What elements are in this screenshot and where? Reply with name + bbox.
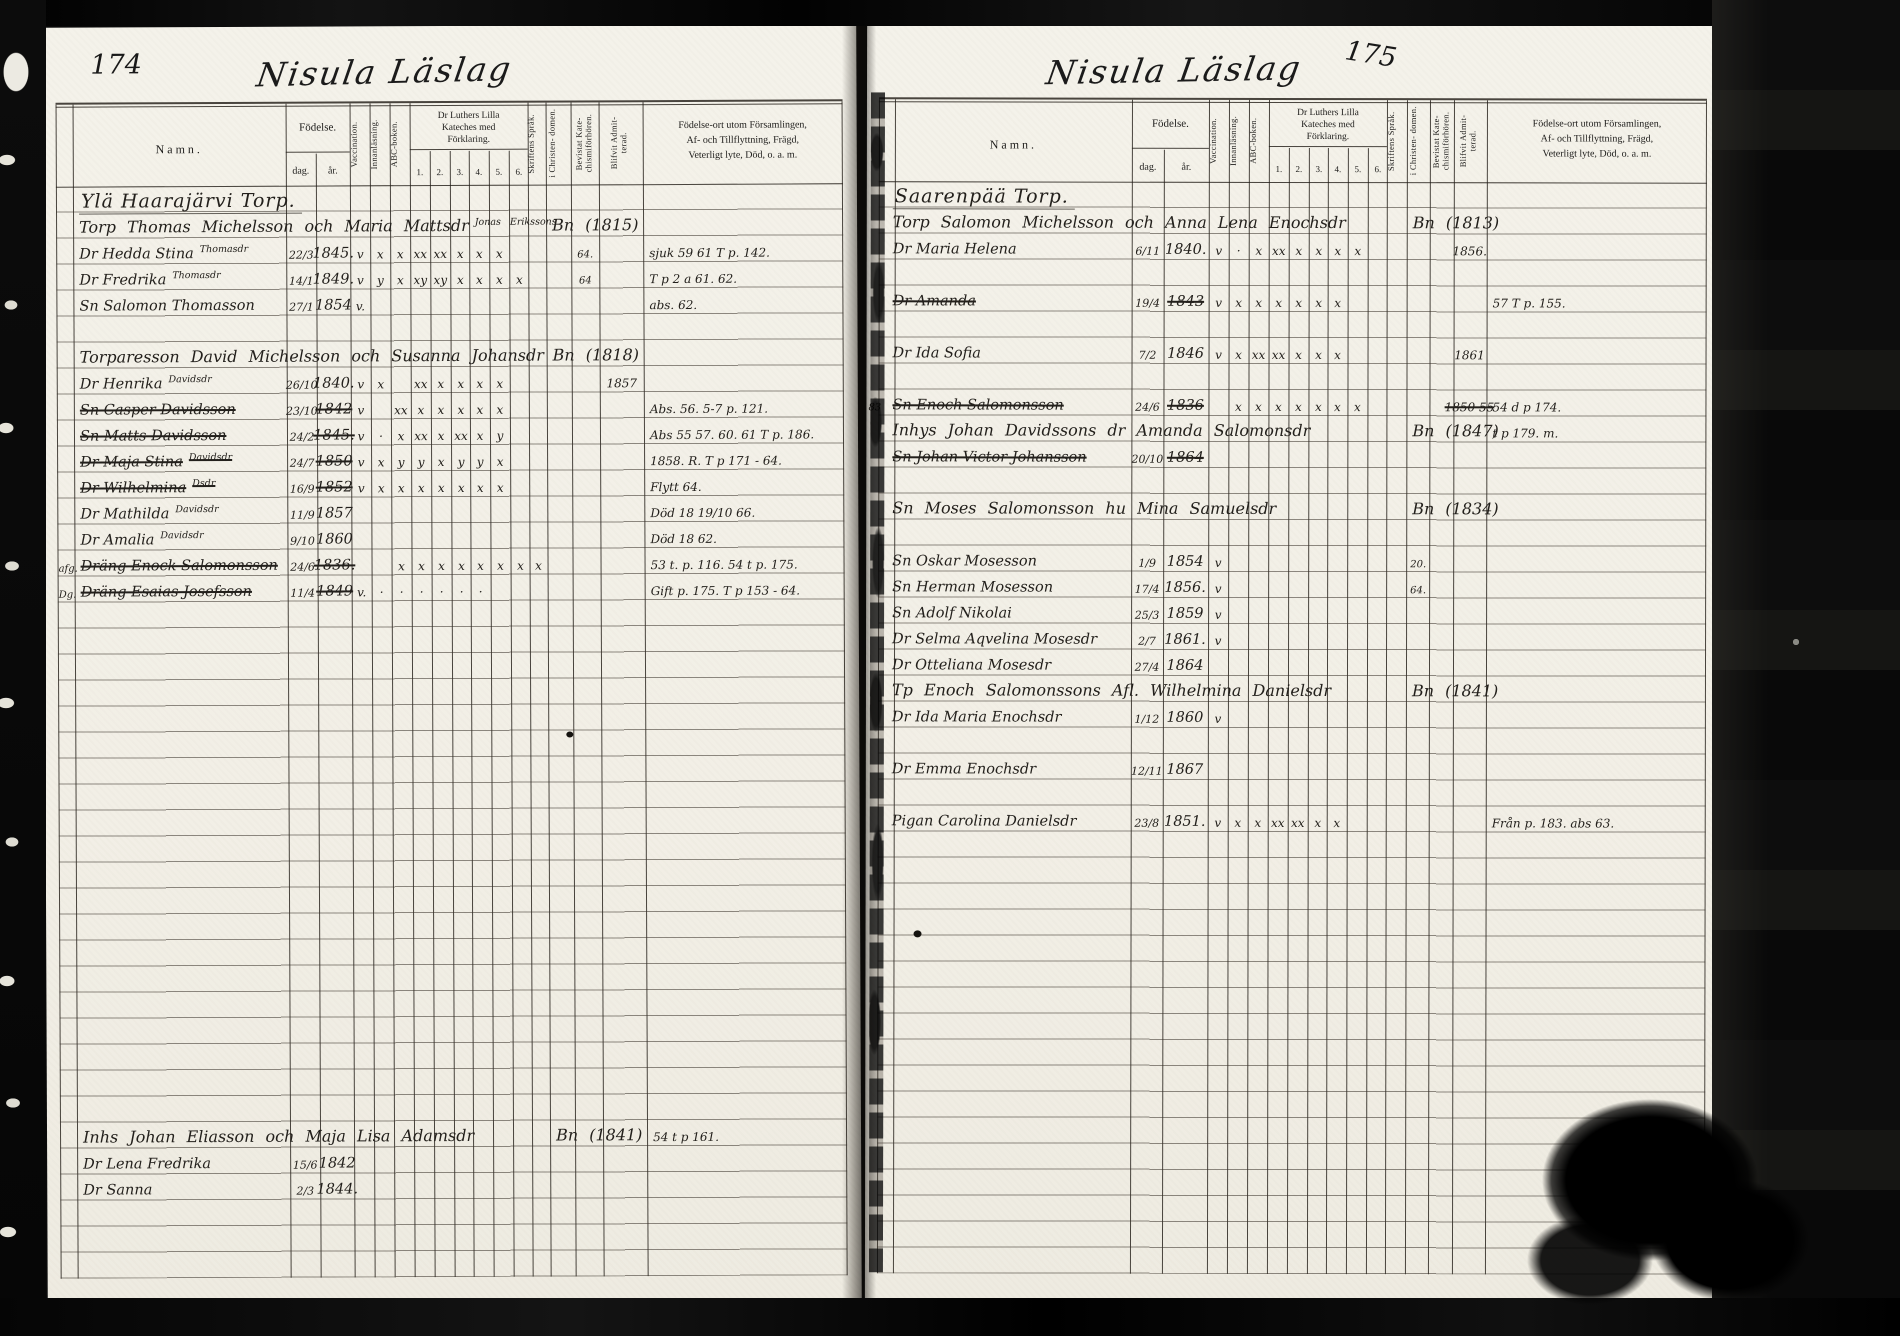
reading-mark: · bbox=[479, 585, 483, 599]
birth-year: 1861. bbox=[1164, 632, 1206, 648]
reading-mark: x bbox=[397, 247, 404, 261]
reading-mark: x bbox=[516, 273, 523, 287]
col-header-kateches-number: 5. bbox=[1351, 164, 1365, 174]
col-header-kateches-number: 4. bbox=[472, 167, 486, 177]
col-header-remark: Af- och Tillflyttning, Frägd, bbox=[1487, 133, 1707, 144]
reading-mark: x bbox=[1295, 244, 1302, 258]
reading-mark: x bbox=[1354, 244, 1361, 258]
col-header-kateches: Dr Luthers Lilla bbox=[1269, 108, 1387, 118]
birth-year: 1849 bbox=[316, 583, 353, 599]
reading-mark: v bbox=[357, 247, 364, 261]
entry-name: Sn Matts Davidsson bbox=[80, 428, 226, 445]
reading-mark: x bbox=[458, 481, 465, 495]
reading-mark: v bbox=[1215, 712, 1222, 726]
book-gutter-shadow bbox=[842, 20, 878, 1310]
table-row: Torp Salomon Michelsson och Anna Lena En… bbox=[867, 207, 1721, 234]
reading-mark: · bbox=[380, 585, 384, 599]
reading-mark: xx bbox=[454, 429, 468, 443]
col-header-kateches: Dr Luthers Lilla bbox=[410, 111, 528, 122]
reading-mark: x bbox=[457, 247, 464, 261]
reading-mark: x bbox=[438, 429, 445, 443]
col-header-kateches-number: 3. bbox=[453, 167, 467, 177]
birth-year: 1851. bbox=[1164, 814, 1206, 830]
birth-day: 24/2 bbox=[290, 431, 315, 444]
remark-note: Död 18 62. bbox=[650, 532, 717, 546]
family-entry-name: Tp Enoch Salomonssons Afl. Wilhelmina Da… bbox=[892, 680, 1331, 700]
admitted-year: 1850 55 bbox=[1445, 400, 1495, 414]
reading-mark: x bbox=[438, 559, 445, 573]
remark-note: sjuk 59 61 T p. 142. bbox=[649, 246, 770, 261]
reading-mark: x bbox=[477, 429, 484, 443]
reading-mark: xx bbox=[1271, 816, 1285, 830]
fodelse-box-rule bbox=[286, 151, 350, 152]
birth-year: 1842 bbox=[315, 401, 352, 417]
col-header-remark: Veterligt lyte, Död, o. a. m. bbox=[1487, 148, 1707, 159]
table-row: Inhs Johan Eliasson och Maja Lisa Adamsd… bbox=[47, 1119, 861, 1149]
reading-mark: xx bbox=[413, 247, 427, 261]
reading-mark: x bbox=[457, 403, 464, 417]
reading-mark: · bbox=[440, 585, 444, 599]
table-row: Dr Emma Enochsdr12/111867 bbox=[866, 753, 1720, 780]
reading-mark: x bbox=[458, 559, 465, 573]
col-header-christendomen: i Christen- domen. bbox=[1409, 104, 1429, 178]
birth-day: 19/4 bbox=[1135, 297, 1160, 310]
reading-mark: x bbox=[535, 559, 542, 573]
reading-mark: x bbox=[1275, 400, 1282, 414]
reading-mark: · bbox=[379, 429, 383, 443]
reading-mark: v bbox=[1215, 348, 1222, 362]
birth-year: 1850 bbox=[316, 453, 353, 469]
interlinear-note: Davidsdr bbox=[189, 452, 232, 463]
reading-mark: x bbox=[1255, 400, 1262, 414]
reading-mark: x bbox=[1315, 400, 1322, 414]
entry-name: Dr Ida Sofia bbox=[893, 345, 981, 361]
reading-mark: y bbox=[497, 429, 504, 443]
birth-year: 1856. bbox=[1164, 580, 1206, 596]
entry-name: Sn Enoch Salomonsson bbox=[892, 397, 1063, 413]
reading-mark: x bbox=[397, 273, 404, 287]
reading-mark: x bbox=[476, 377, 483, 391]
reading-mark: x bbox=[476, 247, 483, 261]
birth-day: 23/10 bbox=[286, 405, 318, 418]
reading-mark: x bbox=[1254, 816, 1261, 830]
remark-note: 57 T p. 155. bbox=[1493, 296, 1566, 310]
birth-year: 1857 bbox=[316, 505, 353, 521]
table-row: Sn Johan Victor Johansson20/101864 bbox=[866, 441, 1720, 468]
birth-day: 23/8 bbox=[1134, 817, 1159, 830]
reading-mark: x bbox=[1295, 296, 1302, 310]
birth-year: 1840. bbox=[313, 375, 355, 391]
entry-name: Sn Johan Victor Johansson bbox=[892, 449, 1086, 465]
table-row: Dr FredrikaThomasdr14/11849.vyxxyxyxxxx6… bbox=[43, 261, 857, 291]
reading-mark: 64 bbox=[579, 275, 592, 286]
reading-mark: x bbox=[457, 377, 464, 391]
table-row: Dr AmaliaDavidsdr9/101860Död 18 62. bbox=[44, 521, 858, 551]
reading-mark: x bbox=[497, 559, 504, 573]
birth-day: 2/7 bbox=[1138, 635, 1156, 648]
col-header-admitterad: Blifvit Admit- terad. bbox=[1459, 104, 1481, 178]
table-row: 83Sn Enoch Salomonsson24/61836xxxxxxx185… bbox=[866, 389, 1720, 416]
table-row: Tp Enoch Salomonssons Afl. Wilhelmina Da… bbox=[866, 675, 1720, 702]
col-header-remark: Födelse-ort utom Församlingen, bbox=[643, 119, 843, 131]
col-header-kateches: Kateches med bbox=[1269, 120, 1387, 130]
reading-mark: x bbox=[496, 273, 503, 287]
entry-name: Dr WilhelminaDsdr bbox=[80, 480, 215, 497]
reading-mark: v bbox=[357, 273, 364, 287]
reading-mark: x bbox=[437, 377, 444, 391]
reading-mark: x bbox=[398, 559, 405, 573]
reading-mark: x bbox=[1234, 816, 1241, 830]
birth-year: 1836. bbox=[314, 557, 356, 573]
birth-year: 1840. bbox=[1165, 242, 1207, 258]
interlinear-note: Dsdr bbox=[192, 478, 215, 489]
fodelse-box-rule bbox=[1132, 148, 1209, 149]
birth-year: 1864 bbox=[1167, 450, 1204, 466]
scan-border-left bbox=[0, 0, 46, 1336]
table-row: Dr Amanda19/41843vxxxxxx57 T p. 155. bbox=[867, 285, 1721, 312]
entry-name: Sn Herman Mosesson bbox=[892, 579, 1053, 595]
table-row: Ylä Haarajärvi Torp. bbox=[43, 183, 857, 213]
reading-mark: v bbox=[1214, 816, 1221, 830]
reading-mark: xx bbox=[1291, 816, 1305, 830]
col-header-sprak: Skriftens Språk. bbox=[1387, 104, 1407, 178]
table-row: Dr Lena Fredrika15/61842 bbox=[47, 1145, 861, 1175]
entry-name: Dr AmaliaDavidsdr bbox=[80, 532, 203, 549]
birth-year: 1836 bbox=[1167, 398, 1204, 414]
table-row: Pigan Carolina Danielsdr23/81851.vxxxxxx… bbox=[866, 805, 1720, 832]
entry-name: Sn Adolf Nikolai bbox=[892, 605, 1012, 621]
entry-name: Dr Sanna bbox=[83, 1182, 152, 1198]
entry-status: Dg. bbox=[59, 590, 77, 601]
reading-mark: x bbox=[398, 429, 405, 443]
birth-day: 2/3 bbox=[296, 1185, 314, 1198]
birth-day: 9/10 bbox=[290, 535, 315, 548]
reading-mark: x bbox=[438, 455, 445, 469]
family-entry-name: Inhs Johan Eliasson och Maja Lisa Adamsd… bbox=[83, 1126, 474, 1147]
col-header-kateches-number: 2. bbox=[1292, 164, 1306, 174]
table-row: Dr Selma Aqvelina Mosesdr2/71861.v bbox=[866, 623, 1720, 650]
remark-note: 54 t p 161. bbox=[653, 1130, 719, 1144]
family-entry-name: Sn Moses Salomonsson hu Mina Samuelsdr bbox=[892, 498, 1276, 518]
col-header-christendomen: i Christen- domen. bbox=[548, 106, 568, 180]
reading-mark: x bbox=[1333, 816, 1340, 830]
reading-mark: x bbox=[496, 403, 503, 417]
birth-day: 11/4 bbox=[290, 587, 315, 600]
reading-mark: x bbox=[438, 481, 445, 495]
col-header-fodelse: Födelse. bbox=[1132, 118, 1209, 130]
reading-mark: 64. bbox=[1410, 585, 1426, 596]
interlinear-note: Davidsdr bbox=[175, 504, 218, 515]
col-header-kateches-number: 1. bbox=[413, 167, 427, 177]
remark-note: Flytt 64. bbox=[650, 480, 702, 494]
reading-mark: xx bbox=[414, 377, 428, 391]
entry-status: afg. bbox=[59, 564, 78, 575]
col-header-vaccination: Vaccination. bbox=[1209, 104, 1229, 178]
family-entry-name: Inhys Johan Davidssons dr Amanda Salomon… bbox=[892, 420, 1310, 440]
birth-day: 22/3 bbox=[289, 249, 314, 262]
reading-mark: xx bbox=[394, 403, 408, 417]
entry-name: Dr Lena Fredrika bbox=[83, 1156, 211, 1173]
reading-mark: x bbox=[497, 481, 504, 495]
entry-name: Dr Hedda StinaThomasdr bbox=[79, 246, 248, 263]
reading-mark: x bbox=[1354, 400, 1361, 414]
birth-day: 1/9 bbox=[1138, 557, 1156, 570]
reading-mark: v bbox=[1215, 582, 1222, 596]
admitted-year: 1857 bbox=[606, 376, 637, 390]
table-row: afg.Dräng Enock Salomonsson24/61836.xxxx… bbox=[44, 547, 858, 577]
col-header-kateches-number: 2. bbox=[433, 167, 447, 177]
scan-border-top bbox=[0, 0, 1900, 26]
col-header-kateches: Kateches med bbox=[410, 123, 528, 134]
family-marriage-year: Bn (1841) bbox=[1412, 681, 1498, 700]
kateches-box-rule bbox=[1269, 146, 1387, 147]
birth-year: 1846 bbox=[1167, 346, 1204, 362]
birth-day: 24/6 bbox=[1135, 401, 1160, 414]
remark-note: t p 179. m. bbox=[1492, 426, 1558, 440]
col-header-fodelse: Födelse. bbox=[286, 121, 350, 133]
birth-day: 11/9 bbox=[290, 509, 315, 522]
reading-mark: x bbox=[417, 403, 424, 417]
reading-mark: · bbox=[460, 585, 464, 599]
col-header-dag: dag. bbox=[286, 166, 316, 177]
entry-name: Dr FredrikaThomasdr bbox=[79, 272, 220, 289]
reading-mark: xx bbox=[414, 429, 428, 443]
reading-mark: v bbox=[358, 481, 365, 495]
entry-name: Dräng Esaias Josefsson bbox=[81, 584, 252, 601]
table-row: Dr Otteliana Mosesdr27/41864 bbox=[866, 649, 1720, 676]
entry-name: Dr Otteliana Mosesdr bbox=[892, 657, 1051, 673]
reading-mark: v bbox=[358, 429, 365, 443]
birth-year: 1849. bbox=[313, 271, 355, 287]
col-header-sprak: Skriftens Språk. bbox=[527, 107, 547, 181]
entry-name: Dr HenrikaDavidsdr bbox=[80, 376, 212, 393]
birth-day: 7/2 bbox=[1139, 349, 1157, 362]
remark-note: 53 t. p. 116. 54 t p. 175. bbox=[651, 557, 798, 572]
birth-year: 1864 bbox=[1167, 658, 1204, 674]
table-row: Sn Matts Davidsson24/21845.v·xxxxxxxyAbs… bbox=[44, 417, 858, 447]
birth-day: 27/1 bbox=[289, 301, 314, 314]
remark-note: 1858. R. T p 171 - 64. bbox=[650, 454, 782, 469]
reading-mark: xx bbox=[1252, 348, 1266, 362]
col-header-kateches-number: 1. bbox=[1272, 164, 1286, 174]
col-header-kateches-number: 3. bbox=[1312, 164, 1326, 174]
reading-mark: xy bbox=[434, 273, 448, 287]
col-header-vaccination: Vaccination. bbox=[350, 107, 370, 181]
reading-mark: x bbox=[1255, 244, 1262, 258]
birth-day: 25/3 bbox=[1135, 609, 1160, 622]
reading-mark: x bbox=[1315, 244, 1322, 258]
table-row: Sn Adolf Nikolai25/31859v bbox=[866, 597, 1720, 624]
entry-name: Sn Salomon Thomasson bbox=[79, 298, 254, 315]
family-marriage-year: Bn (1815) bbox=[552, 215, 638, 234]
table-row: Sn Herman Mosesson17/41856.v64. bbox=[866, 571, 1720, 598]
remark-note: 54 d p 174. bbox=[1492, 400, 1561, 414]
reading-mark: v bbox=[357, 377, 364, 391]
reading-mark: y bbox=[377, 273, 384, 287]
col-header-dag: dag. bbox=[1132, 162, 1164, 173]
birth-day: 15/6 bbox=[293, 1159, 318, 1172]
admitted-year: 1861 bbox=[1454, 348, 1485, 362]
table-row: Sn Moses Salomonsson hu Mina SamuelsdrBn… bbox=[866, 493, 1720, 520]
birth-year: 1854 bbox=[315, 297, 352, 313]
reading-mark: x bbox=[1295, 348, 1302, 362]
admitted-year: 1856. bbox=[1453, 244, 1487, 258]
reading-mark: y bbox=[418, 455, 425, 469]
reading-mark: x bbox=[496, 247, 503, 261]
family-marriage-year: Bn (1841) bbox=[556, 1125, 642, 1144]
col-header-remark: Veterligt lyte, Död, o. a. m. bbox=[643, 149, 843, 161]
reading-mark: 64. bbox=[577, 249, 593, 260]
reading-mark: y bbox=[458, 455, 465, 469]
reading-mark: x bbox=[377, 247, 384, 261]
birth-year: 1859 bbox=[1167, 606, 1204, 622]
reading-mark: x bbox=[497, 455, 504, 469]
remark-note: Abs. 56. 5-7 p. 121. bbox=[650, 402, 768, 417]
reading-mark: x bbox=[437, 403, 444, 417]
remark-note: Från p. 183. abs 63. bbox=[1492, 816, 1615, 830]
col-header-remark: Af- och Tillflyttning, Frägd, bbox=[643, 134, 843, 146]
reading-mark: v bbox=[1215, 634, 1222, 648]
reading-mark: v. bbox=[357, 585, 366, 599]
reading-mark: x bbox=[377, 377, 384, 391]
reading-mark: · bbox=[420, 585, 424, 599]
interlinear-note: Thomasdr bbox=[172, 270, 220, 281]
entry-name: Sn Casper Davidsson bbox=[80, 402, 236, 419]
reading-mark: v bbox=[1215, 608, 1222, 622]
reading-mark: v bbox=[1215, 556, 1222, 570]
ink-dot bbox=[914, 930, 922, 937]
family-marriage-year: Bn (1813) bbox=[1413, 213, 1499, 232]
table-row: Inhys Johan Davidssons dr Amanda Salomon… bbox=[866, 415, 1720, 442]
birth-day: 16/9 bbox=[290, 483, 315, 496]
table-row: Dr HenrikaDavidsdr26/101840.vxxxxxxx1857 bbox=[44, 365, 858, 395]
reading-mark: xy bbox=[414, 273, 428, 287]
reading-mark: x bbox=[398, 481, 405, 495]
place-heading: Saarenpää Torp. bbox=[893, 185, 1075, 209]
reading-mark: x bbox=[1275, 296, 1282, 310]
table-row: Sn Casper Davidsson23/101842vxxxxxxxAbs.… bbox=[44, 391, 858, 421]
scanned-parish-register: 174 Nisula Läslag Namn.Födelse.dag.år.Dr… bbox=[0, 0, 1900, 1336]
remark-note: Abs 55 57. 60. 61 T p. 186. bbox=[650, 427, 814, 442]
ink-blotch bbox=[1500, 1020, 1820, 1320]
table-row: Dr Ida Sofia7/21846vxxxxxxxx1861 bbox=[867, 337, 1721, 364]
reading-mark: x bbox=[476, 273, 483, 287]
entry-name: Dr Maja StinaDavidsdr bbox=[80, 454, 232, 471]
reading-mark: v bbox=[1215, 244, 1222, 258]
col-header-kateches-number: 6. bbox=[1371, 164, 1385, 174]
family-marriage-year: Bn (1818) bbox=[553, 345, 639, 364]
reading-mark: x bbox=[1235, 348, 1242, 362]
table-row: Dr Maja StinaDavidsdr24/71850vxyyxyyx185… bbox=[44, 443, 858, 473]
reading-mark: v bbox=[357, 403, 364, 417]
birth-year: 1842 bbox=[319, 1155, 356, 1171]
reading-mark: xx bbox=[1272, 244, 1286, 258]
remark-note: abs. 62. bbox=[649, 298, 697, 312]
table-row: Dg.Dräng Esaias Josefsson11/41849v.·····… bbox=[45, 573, 859, 603]
reading-mark: x bbox=[476, 403, 483, 417]
reading-mark: x bbox=[418, 559, 425, 573]
remark-note: Död 18 19/10 66. bbox=[650, 506, 755, 520]
reading-mark: x bbox=[1315, 296, 1322, 310]
remark-note: T p 2 a 61. 62. bbox=[649, 272, 737, 286]
col-header-ar: år. bbox=[1164, 162, 1209, 173]
col-header-kateches: Förklaring. bbox=[410, 135, 528, 146]
reading-mark: x bbox=[477, 481, 484, 495]
interlinear-note: Davidsdr bbox=[168, 374, 211, 385]
entry-name: Dr Maria Helena bbox=[893, 241, 1017, 257]
table-row: Torparesson David Michelsson och Susanna… bbox=[44, 339, 858, 369]
reading-mark: x bbox=[1334, 296, 1341, 310]
table-row: Dr WilhelminaDsdr16/91852vxxxxxxxFlytt 6… bbox=[44, 469, 858, 499]
reading-mark: x bbox=[1334, 400, 1341, 414]
table-row: Dr Sanna2/31844. bbox=[47, 1171, 861, 1201]
reading-mark: x bbox=[477, 559, 484, 573]
reading-mark: v. bbox=[356, 299, 365, 313]
family-entry-name: Torparesson David Michelsson och Susanna… bbox=[80, 346, 544, 367]
col-header-kateches-number: 4. bbox=[1331, 164, 1345, 174]
birth-year: 1845. bbox=[313, 427, 355, 443]
table-border-top-inner bbox=[879, 101, 1707, 103]
col-header-abc: ABC-boken. bbox=[390, 107, 410, 181]
entry-name: Dr Selma Aqvelina Mosesdr bbox=[892, 631, 1097, 647]
reading-mark: x bbox=[1235, 296, 1242, 310]
page-left: 174 Nisula Läslag Namn.Födelse.dag.år.Dr… bbox=[42, 24, 862, 1310]
remark-note: Gift p. 175. T p 153 - 64. bbox=[651, 583, 800, 598]
birth-day: 12/11 bbox=[1131, 765, 1163, 778]
col-header-kateches-number: 6. bbox=[512, 167, 526, 177]
family-marriage-year: Bn (1834) bbox=[1412, 499, 1498, 518]
interlinear-note: Davidsdr bbox=[160, 530, 203, 541]
entry-name: Dr Emma Enochsdr bbox=[892, 761, 1036, 777]
reading-mark: x bbox=[1235, 400, 1242, 414]
birth-day: 24/6 bbox=[290, 561, 315, 574]
entry-name: Pigan Carolina Danielsdr bbox=[892, 813, 1077, 829]
col-header-kateches-number: 5. bbox=[492, 167, 506, 177]
col-header-ar: år. bbox=[316, 165, 350, 176]
interlinear-note: Jonas Erikssons bbox=[475, 217, 557, 228]
reading-mark: x bbox=[1315, 348, 1322, 362]
reading-mark: · bbox=[1237, 244, 1241, 258]
birth-day: 14/1 bbox=[289, 275, 314, 288]
birth-day: 6/11 bbox=[1135, 245, 1160, 258]
reading-mark: x bbox=[457, 273, 464, 287]
family-entry-name: Torp Thomas Michelsson och Maria Mattsdr… bbox=[79, 216, 557, 237]
entry-name: Dr Amanda bbox=[893, 293, 976, 309]
table-row: Dr Hedda StinaThomasdr22/31845.vxxxxxxxx… bbox=[43, 235, 857, 265]
table-row: Torp Thomas Michelsson och Maria Mattsdr… bbox=[43, 209, 857, 239]
table-border-top bbox=[879, 97, 1707, 100]
birth-day: 17/4 bbox=[1135, 583, 1160, 596]
reading-mark: · bbox=[400, 585, 404, 599]
birth-day: 1/12 bbox=[1135, 713, 1160, 726]
reading-mark: x bbox=[1314, 816, 1321, 830]
reading-mark: x bbox=[378, 481, 385, 495]
col-header-remark: Födelse-ort utom Församlingen, bbox=[1487, 118, 1707, 129]
reading-mark: y bbox=[477, 455, 484, 469]
entry-name: Dräng Enock Salomonsson bbox=[81, 558, 278, 575]
reading-mark: y bbox=[398, 455, 405, 469]
register-table-left: Namn.Födelse.dag.år.Dr Luthers LillaKate… bbox=[42, 24, 862, 1310]
col-header-innanlasning: Innanläsning. bbox=[1229, 104, 1249, 178]
family-marriage-year: Bn (1847) bbox=[1412, 421, 1498, 440]
birth-year: 1845. bbox=[312, 245, 354, 261]
table-row: Dr MathildaDavidsdr11/91857Död 18 19/10 … bbox=[44, 495, 858, 525]
reading-mark: x bbox=[378, 455, 385, 469]
table-row: Dr Maria Helena6/111840.v·xxxxxxx1856. bbox=[867, 233, 1721, 260]
col-header-kateches: Förklaring. bbox=[1269, 132, 1387, 142]
table-row: Dr Ida Maria Enochsdr1/121860v bbox=[866, 701, 1720, 728]
reading-mark: x bbox=[1334, 244, 1341, 258]
